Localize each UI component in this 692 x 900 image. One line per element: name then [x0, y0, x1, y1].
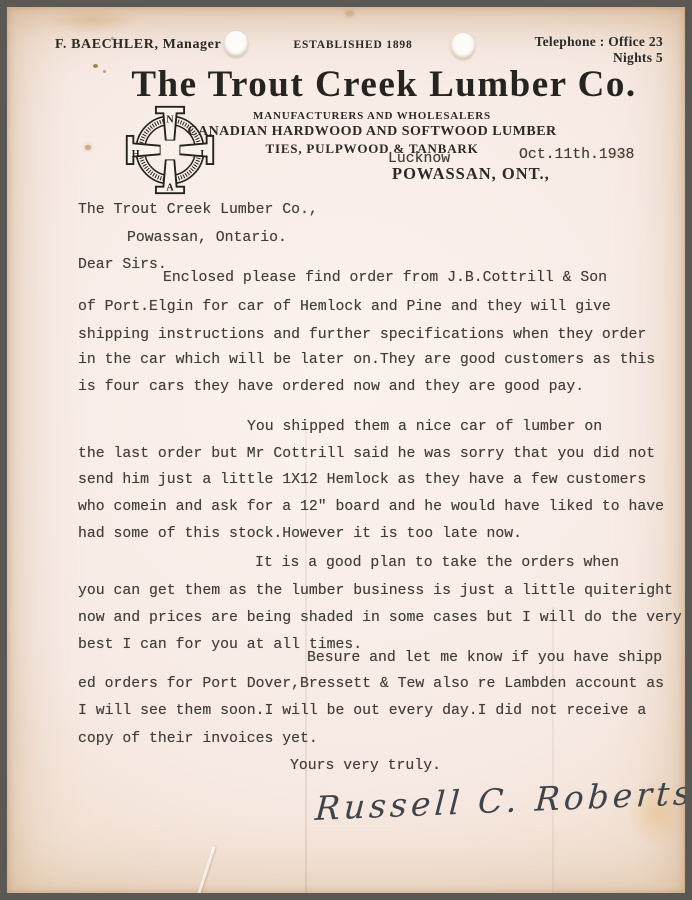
letter-line: is four cars they have ordered now and t… [78, 380, 584, 395]
letter-line: You shipped them a nice car of lumber on [247, 420, 602, 435]
letter-line: in the car which will be later on.They a… [78, 353, 655, 368]
stain-speck [85, 145, 91, 150]
telephone-line: Telephone : Office 23 [535, 34, 663, 50]
letter-line: Enclosed please find order from J.B.Cott… [163, 271, 607, 286]
telephone-block: Telephone : Office 23 Nights 5 [535, 34, 663, 66]
letter-line: now and prices are being shaded in some … [78, 611, 682, 626]
logo-letter-h: H [132, 149, 140, 160]
logo-letter-n: N [166, 115, 174, 126]
letter-line: you can get them as the lumber business … [78, 584, 673, 599]
letter-line: of Port.Elgin for car of Hemlock and Pin… [78, 300, 611, 315]
stain-blotch [47, 7, 137, 33]
company-name: The Trout Creek Lumber Co. [97, 63, 671, 106]
letter-line: shipping instructions and further specif… [78, 328, 646, 343]
manager-name: F. BAECHLER, Manager [55, 37, 221, 53]
letter-line: It is a good plan to take the orders whe… [255, 556, 619, 571]
letter-line: Dear Sirs. [78, 258, 167, 273]
letter-line: The Trout Creek Lumber Co., [78, 203, 318, 218]
letter-line: had some of this stock.However it is too… [78, 527, 522, 542]
letter-line: copy of their invoices yet. [78, 732, 318, 747]
logo-letter-a: A [166, 182, 174, 193]
letter-line: Powassan, Ontario. [127, 231, 287, 246]
paper-crease [193, 846, 215, 893]
letter-line: Yours very truly. [290, 759, 441, 774]
letter-line: ed orders for Port Dover,Bressett & Tew … [78, 677, 664, 692]
logo-letter-l: L [200, 149, 207, 160]
punch-hole [451, 33, 475, 59]
letter-line: send him just a little 1X12 Hemlock as t… [78, 473, 646, 488]
stain-speck [345, 11, 354, 16]
printed-city: POWASSAN, ONT., [392, 164, 550, 184]
punch-hole [224, 31, 248, 57]
established-text: ESTABLISHED 1898 [263, 39, 443, 51]
scanned-letter-frame: F. BAECHLER, Manager ESTABLISHED 1898 Te… [0, 0, 692, 900]
letter-line: Besure and let me know if you have shipp [307, 651, 662, 666]
typed-date: Oct.11th.1938 [519, 147, 634, 163]
nhla-cross-emblem-icon: N L A H [121, 103, 219, 197]
letter-line: who comein and ask for a 12" board and h… [78, 500, 664, 515]
letter-page: F. BAECHLER, Manager ESTABLISHED 1898 Te… [7, 7, 685, 893]
letter-line: I will see them soon.I will be out every… [78, 704, 646, 719]
letter-line: the last order but Mr Cottrill said he w… [78, 447, 655, 462]
